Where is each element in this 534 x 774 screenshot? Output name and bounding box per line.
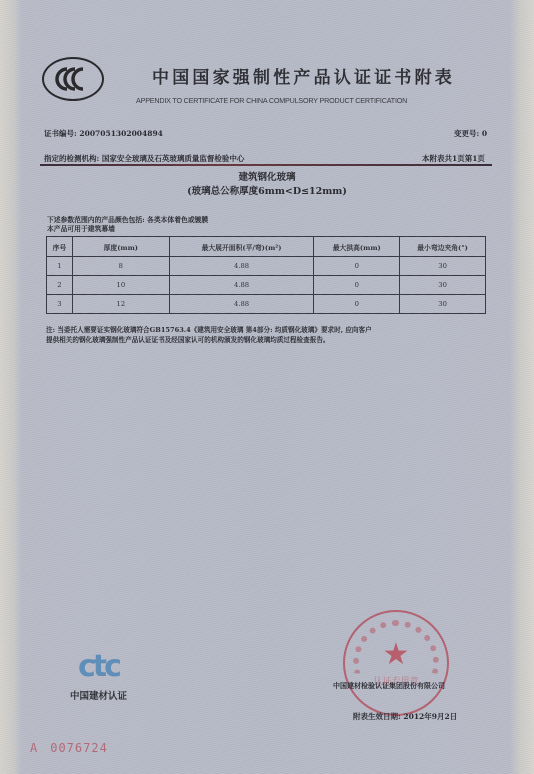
issuer-name: 中国建材检验认证集团股份有限公司: [333, 681, 445, 691]
effective-date-label: 附表生效日期:: [353, 712, 401, 721]
testing-agency: 指定的检测机构: 国家安全玻璃及石英玻璃质量监督检验中心: [44, 153, 244, 164]
table-row: 2 10 4.88 0 30: [47, 276, 486, 295]
color-scope-value: 各类本体着色或镀膜: [147, 216, 208, 224]
serial-prefix: A: [30, 741, 38, 755]
table-cell: 4.88: [169, 295, 314, 314]
table-cell: 30: [400, 295, 486, 314]
table-row: 1 8 4.88 0 30: [47, 257, 486, 276]
page-title: 中国国家强制性产品认证证书附表: [152, 63, 455, 88]
certificate-number-value: 2007051302004894: [79, 129, 163, 138]
ctc-logo-label: 中国建材认证: [70, 688, 127, 702]
testing-agency-label: 指定的检测机构:: [44, 154, 99, 163]
usage-scope: 本产品可用于建筑幕墙: [47, 223, 115, 233]
star-icon: ★: [345, 640, 447, 670]
table-row: 3 12 4.88 0 30: [47, 295, 486, 314]
page-title-english: APPENDIX TO CERTIFICATE FOR CHINA COMPUL…: [136, 96, 407, 105]
table-cell: 8: [72, 257, 169, 276]
table-cell: 12: [72, 295, 169, 314]
serial-number: A0076724: [30, 741, 108, 755]
effective-date-value: 2012年9月2日: [403, 712, 457, 721]
change-number: 变更号: 0: [454, 128, 487, 139]
change-number-label: 变更号:: [454, 129, 479, 138]
change-number-value: 0: [482, 129, 487, 138]
product-thickness-range: (玻璃总公称厚度6mm<D≤12mm): [0, 183, 534, 197]
effective-date: 附表生效日期: 2012年9月2日: [353, 711, 457, 722]
table-cell: 4.88: [169, 276, 314, 295]
table-cell: 10: [72, 276, 169, 295]
serial-value: 0076724: [50, 741, 108, 755]
table-cell: 4.88: [169, 257, 314, 276]
column-header: 最大拱高(mm): [314, 237, 400, 257]
official-seal: ★ 认证专用章: [343, 610, 449, 716]
note-line-1: 注: 当委托人需要证实钢化玻璃符合GB15763.4《建筑用安全玻璃 第4部分:…: [46, 324, 372, 334]
table-cell: 0: [314, 276, 400, 295]
testing-agency-value: 国家安全玻璃及石英玻璃质量监督检验中心: [102, 154, 245, 163]
ctc-logo-icon: ctc: [78, 654, 119, 680]
product-name: 建筑钢化玻璃: [0, 169, 534, 183]
table-header-row: 序号 厚度(mm) 最大展开面积(平/弯)(m²) 最大拱高(mm) 最小弯边夹…: [47, 237, 486, 257]
note-line-2: 提供相关的钢化玻璃强制性产品认证证书及经国家认可的机构颁发的钢化玻璃均质过程检查…: [46, 334, 330, 344]
column-header: 序号: [47, 237, 73, 257]
column-header: 厚度(mm): [72, 237, 169, 257]
certificate-number-label: 证书编号:: [44, 129, 77, 138]
column-header: 最大展开面积(平/弯)(m²): [169, 237, 314, 257]
certificate-page: 中国国家强制性产品认证证书附表 APPENDIX TO CERTIFICATE …: [0, 0, 534, 774]
spec-table: 序号 厚度(mm) 最大展开面积(平/弯)(m²) 最大拱高(mm) 最小弯边夹…: [46, 236, 486, 314]
table-cell: 2: [47, 276, 73, 295]
table-cell: 0: [314, 257, 400, 276]
table-cell: 1: [47, 257, 73, 276]
header-divider: [40, 164, 492, 166]
table-cell: 3: [47, 295, 73, 314]
ccc-logo-icon: [42, 57, 104, 101]
table-cell: 0: [314, 295, 400, 314]
table-cell: 30: [400, 276, 486, 295]
table-cell: 30: [400, 257, 486, 276]
certificate-number: 证书编号: 2007051302004894: [44, 128, 163, 139]
column-header: 最小弯边夹角(°): [400, 237, 486, 257]
page-info: 本附表共1页第1页: [422, 153, 485, 164]
